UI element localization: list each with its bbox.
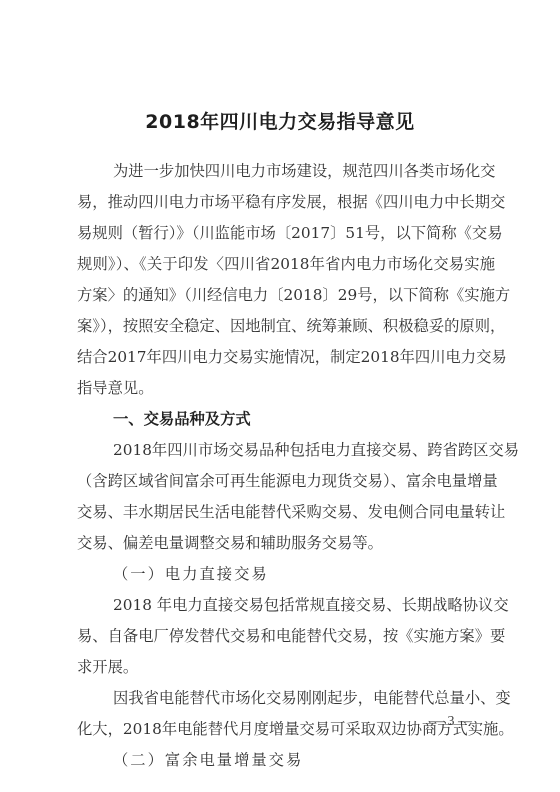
subsection1-line: 因我省电能替代市场化交易刚刚起步，电能替代总量小、变 (113, 687, 495, 709)
subsection1-line: 易、自备电厂停发替代交易和电能替代交易，按《实施方案》要 (77, 625, 495, 647)
intro-line: 易规则（暂行）》（川监能市场〔2017〕51号，以下简称《交易 (77, 222, 495, 244)
page-number: — 3 — (430, 714, 472, 730)
intro-line: 易，推动四川电力市场平稳有序发展，根据《四川电力中长期交 (77, 191, 495, 213)
section1-line: 交易、偏差电量调整交易和辅助服务交易等。 (77, 532, 495, 554)
document-title: 2018年四川电力交易指导意见 (0, 107, 560, 134)
intro-line: 规则》）、《关于印发〈四川省2018年省内电力市场化交易实施 (77, 253, 495, 275)
subsection1-line: 2018 年电力直接交易包括常规直接交易、长期战略协议交 (113, 594, 495, 616)
section1-line: （含跨区域省间富余可再生能源电力现货交易）、富余电量增量 (77, 470, 495, 492)
intro-line: 指导意见。 (77, 377, 495, 399)
section1-line: 交易、丰水期居民生活电能替代采购交易、发电侧合同电量转让 (77, 501, 495, 523)
section1-line: 2018年四川市场交易品种包括电力直接交易、跨省跨区交易 (113, 439, 495, 461)
subsection-heading: （一）电力直接交易 (113, 563, 495, 585)
document-page: 2018年四川电力交易指导意见 为进一步加快四川电力市场建设，规范四川各类市场化… (0, 0, 560, 792)
intro-line: 为进一步加快四川电力市场建设，规范四川各类市场化交 (113, 160, 495, 182)
intro-line: 案》），按照安全稳定、因地制宜、统筹兼顾、积极稳妥的原则， (77, 315, 495, 337)
intro-line: 方案〉的通知》（川经信电力〔2018〕29号，以下简称《实施方 (77, 284, 495, 306)
intro-line: 结合2017年四川电力交易实施情况，制定2018年四川电力交易 (77, 346, 495, 368)
subsection1-line: 求开展。 (77, 656, 495, 678)
subsection-heading: （二）富余电量增量交易 (113, 749, 495, 771)
section-heading: 一、交易品种及方式 (113, 408, 495, 430)
